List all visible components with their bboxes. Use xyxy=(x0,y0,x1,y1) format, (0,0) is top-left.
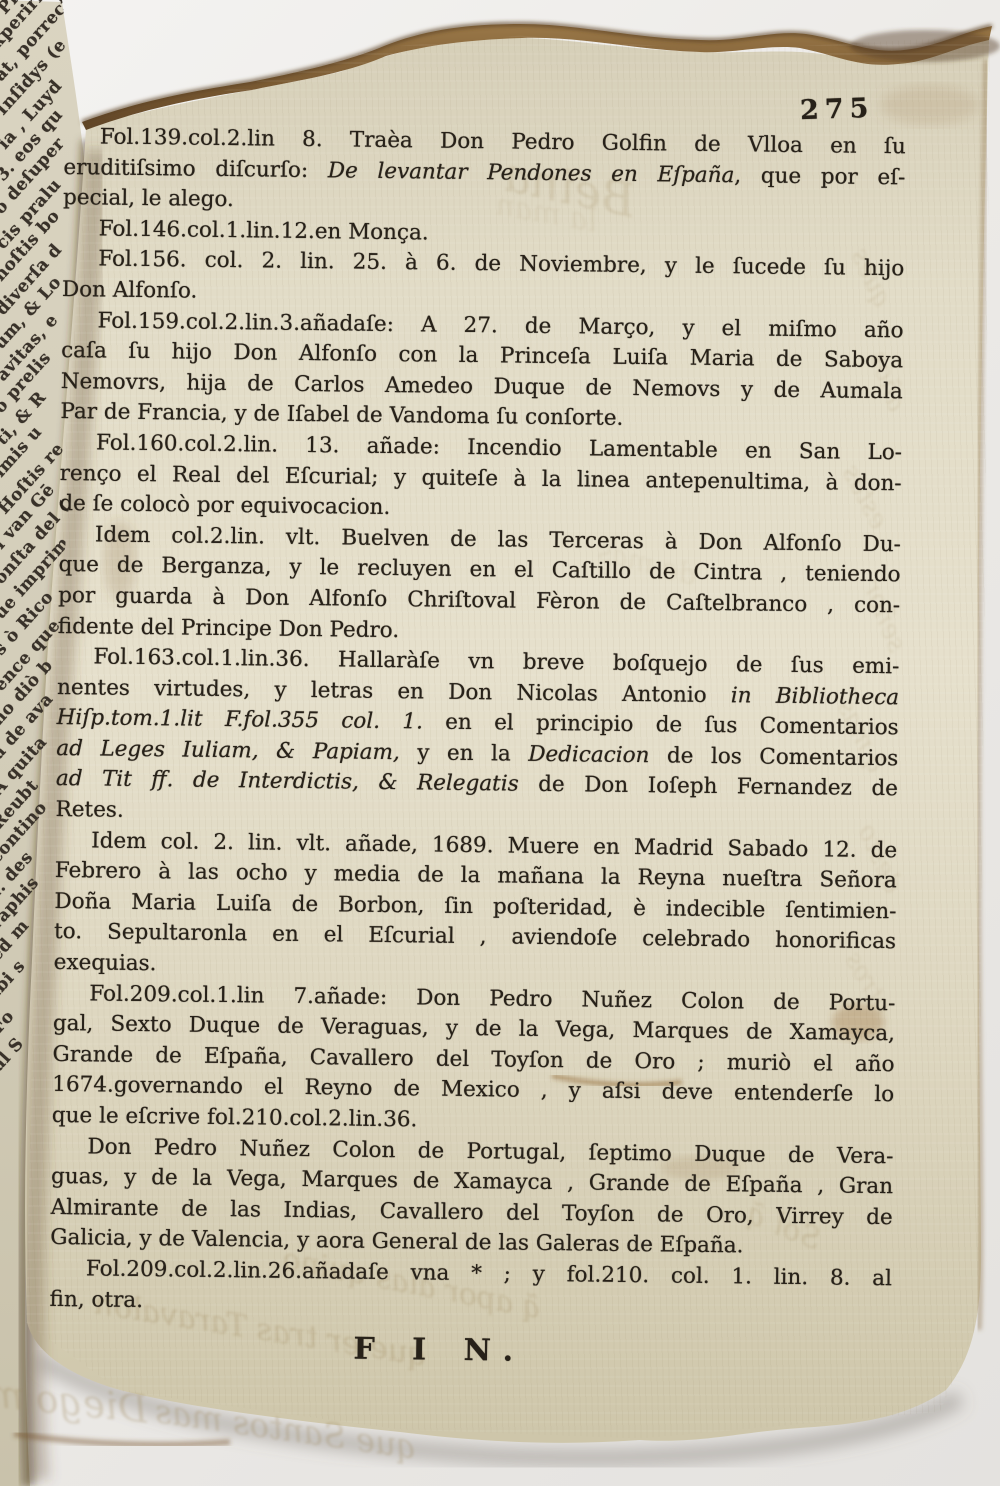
text-segment: Retes. xyxy=(55,797,123,823)
text-segment: pecial, le alego. xyxy=(63,185,234,212)
page-number: 275 xyxy=(799,93,874,127)
paragraph: Fol.163.col.1.lin.36. Hallaràſe vn breve… xyxy=(55,642,899,836)
paragraph: Fol.156. col. 2. lin. 25. à 6. de Noviem… xyxy=(62,244,905,315)
left-page-fragment: Fo xyxy=(0,1007,19,1038)
paragraph: Fol.160.col.2.lin. 13. añade: Incendio L… xyxy=(59,428,902,530)
text-segment: in Bibliotheca xyxy=(731,683,899,710)
left-page-fragment: al S xyxy=(0,1034,28,1075)
text-segment: exequias. xyxy=(54,950,157,976)
text-segment: que le eſcrive fol.210.col.2.lin.36. xyxy=(52,1103,418,1132)
text-segment: Hiſp.tom.1.lit F.fol.355 col. 1. xyxy=(57,705,423,734)
text-segment: De levantar Pendones en Eſpaña xyxy=(328,158,735,188)
ghost-text: que Santos mas xyxy=(153,1391,420,1466)
text-segment: Fol.146.col.1.lin.12.en Monça. xyxy=(99,216,429,245)
paragraph: Fol.209.col.1.lin 7.añade: Don Pedro Nuñ… xyxy=(52,979,896,1142)
paragraph: Fol.209.col.2.lin.26.añadaſe vna * ; y f… xyxy=(49,1254,892,1325)
text-segment: de Don Ioſeph Fernandez de xyxy=(519,772,899,802)
text-segment: , que por eſ- xyxy=(734,163,905,190)
text-segment: Par de Francia, y de Iſabel de Vandoma ſ… xyxy=(60,399,623,431)
book-photo-scene: Beinala manquesañosestasseñorq̃ masdesto… xyxy=(0,0,1000,1486)
text-segment: fin, otra. xyxy=(49,1286,143,1312)
text-segment: de los Comentarios xyxy=(649,743,898,771)
paragraph: Fol.159.col.2.lin.3.añadaſe: A 27. de Ma… xyxy=(60,306,903,439)
paragraph: Idem col. 2. lin. vlt. añade, 1689. Muer… xyxy=(54,826,898,989)
text-segment: Dedicacion xyxy=(528,742,649,768)
text-segment: fidente del Principe Don Pedro. xyxy=(58,613,400,642)
paragraph: Idem col.2.lin. vlt. Buelven de las Terc… xyxy=(58,520,901,653)
text-segment: ad Tit ff. de Interdictis, & Relegatis xyxy=(56,766,519,797)
text-segment: Galicia, y de Valencia, y aora General d… xyxy=(50,1225,743,1258)
text-segment: Don Alfonſo. xyxy=(62,277,198,304)
paragraph: Don Pedro Nuñez Colon de Portugal, ſepti… xyxy=(50,1132,893,1265)
paragraph: Fol.139.col.2.lin 8. Traèa Don Pedro Gol… xyxy=(63,122,906,224)
text-segment: nentes virtudes, y letras en Don Nicolas… xyxy=(57,675,731,708)
text-segment: y en la xyxy=(400,740,529,767)
text-segment: en el principio de ſus Comentarios xyxy=(423,710,899,741)
text-segment: de ſe colocò por equivocacion. xyxy=(59,491,390,520)
text-segment: ad Leges Iuliam, & Papiam, xyxy=(56,736,400,765)
left-page-fragment: ibi s xyxy=(0,956,29,1001)
text-segment: eruditiſsimo diſcurſo: xyxy=(63,155,328,183)
text-block: Fol.139.col.2.lin 8. Traèa Don Pedro Gol… xyxy=(49,122,906,1372)
